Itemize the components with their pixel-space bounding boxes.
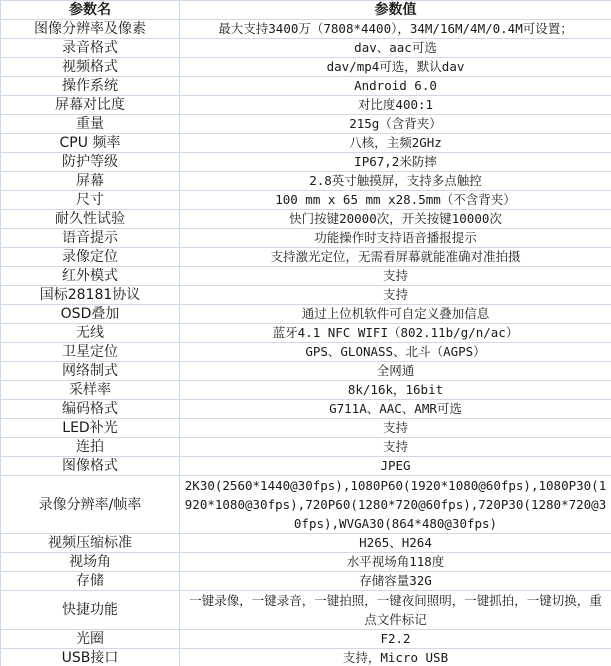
param-value: 2.8英寸触摸屏，支持多点触控 bbox=[180, 172, 611, 191]
param-name: LED补光 bbox=[1, 419, 180, 438]
table-row: 耐久性试验快门按键20000次，开关按键10000次 bbox=[1, 210, 611, 229]
table-row: 无线蓝牙4.1 NFC WIFI（802.11b/g/n/ac） bbox=[1, 324, 611, 343]
table-row: 存储存储容量32G bbox=[1, 572, 611, 591]
param-value: 支持 bbox=[180, 286, 611, 305]
param-name: 录音格式 bbox=[1, 39, 180, 58]
table-row: 操作系统Android 6.0 bbox=[1, 77, 611, 96]
table-row: 防护等级IP67,2米防摔 bbox=[1, 153, 611, 172]
param-name: CPU 频率 bbox=[1, 134, 180, 153]
table-row: LED补光支持 bbox=[1, 419, 611, 438]
param-name: 尺寸 bbox=[1, 191, 180, 210]
param-name: 快捷功能 bbox=[1, 591, 180, 630]
param-value: 一键录像，一键录音，一键拍照，一键夜间照明，一键抓拍，一键切换，重点文件标记 bbox=[180, 591, 611, 630]
param-name: 语音提示 bbox=[1, 229, 180, 248]
table-row: 卫星定位GPS、GLONASS、北斗（AGPS） bbox=[1, 343, 611, 362]
param-value: 存储容量32G bbox=[180, 572, 611, 591]
param-value: F2.2 bbox=[180, 630, 611, 649]
param-name: 红外模式 bbox=[1, 267, 180, 286]
param-value: 最大支持3400万（7808*4400），34M/16M/4M/0.4M可设置； bbox=[180, 20, 611, 39]
param-value: 功能操作时支持语音播报提示 bbox=[180, 229, 611, 248]
param-value: 快门按键20000次，开关按键10000次 bbox=[180, 210, 611, 229]
table-row: OSD叠加通过上位机软件可自定义叠加信息 bbox=[1, 305, 611, 324]
param-value: 215g（含背夹） bbox=[180, 115, 611, 134]
param-name: 录像分辨率/帧率 bbox=[1, 476, 180, 534]
param-value: 通过上位机软件可自定义叠加信息 bbox=[180, 305, 611, 324]
param-value: 支持 bbox=[180, 267, 611, 286]
param-value: 水平视场角118度 bbox=[180, 553, 611, 572]
spec-table: 参数名 参数值 图像分辨率及像素最大支持3400万（7808*4400），34M… bbox=[0, 0, 611, 666]
param-name: 重量 bbox=[1, 115, 180, 134]
param-value: GPS、GLONASS、北斗（AGPS） bbox=[180, 343, 611, 362]
table-row: 图像分辨率及像素最大支持3400万（7808*4400），34M/16M/4M/… bbox=[1, 20, 611, 39]
param-name: 视场角 bbox=[1, 553, 180, 572]
param-value: 蓝牙4.1 NFC WIFI（802.11b/g/n/ac） bbox=[180, 324, 611, 343]
table-row: 录像分辨率/帧率2K30(2560*1440@30fps),1080P60(19… bbox=[1, 476, 611, 534]
param-value: 8k/16k，16bit bbox=[180, 381, 611, 400]
table-row: 视场角水平视场角118度 bbox=[1, 553, 611, 572]
param-name: 操作系统 bbox=[1, 77, 180, 96]
param-name: 存储 bbox=[1, 572, 180, 591]
header-row: 参数名 参数值 bbox=[1, 1, 611, 20]
param-name: 图像格式 bbox=[1, 457, 180, 476]
param-name: 屏幕对比度 bbox=[1, 96, 180, 115]
param-name: 采样率 bbox=[1, 381, 180, 400]
param-name: OSD叠加 bbox=[1, 305, 180, 324]
param-value: Android 6.0 bbox=[180, 77, 611, 96]
table-row: 视频格式dav/mp4可选，默认dav bbox=[1, 58, 611, 77]
param-value: 对比度400:1 bbox=[180, 96, 611, 115]
param-value: IP67,2米防摔 bbox=[180, 153, 611, 172]
param-name: 光圈 bbox=[1, 630, 180, 649]
param-value: dav、aac可选 bbox=[180, 39, 611, 58]
param-name: 网络制式 bbox=[1, 362, 180, 381]
param-name: 耐久性试验 bbox=[1, 210, 180, 229]
table-row: USB接口支持，Micro USB bbox=[1, 649, 611, 666]
param-value: 100 mm x 65 mm x28.5mm（不含背夹） bbox=[180, 191, 611, 210]
param-name: 连拍 bbox=[1, 438, 180, 457]
table-row: CPU 频率八核，主频2GHz bbox=[1, 134, 611, 153]
table-row: 连拍支持 bbox=[1, 438, 611, 457]
table-row: 网络制式全网通 bbox=[1, 362, 611, 381]
param-name: 卫星定位 bbox=[1, 343, 180, 362]
param-name: 图像分辨率及像素 bbox=[1, 20, 180, 39]
table-row: 光圈F2.2 bbox=[1, 630, 611, 649]
table-row: 红外模式支持 bbox=[1, 267, 611, 286]
param-name: 录像定位 bbox=[1, 248, 180, 267]
param-name: USB接口 bbox=[1, 649, 180, 666]
table-row: 国标28181协议支持 bbox=[1, 286, 611, 305]
param-value: 全网通 bbox=[180, 362, 611, 381]
param-value: dav/mp4可选，默认dav bbox=[180, 58, 611, 77]
table-row: 重量215g（含背夹） bbox=[1, 115, 611, 134]
table-row: 采样率8k/16k，16bit bbox=[1, 381, 611, 400]
table-row: 图像格式JPEG bbox=[1, 457, 611, 476]
table-row: 录像定位支持激光定位，无需看屏幕就能准确对准拍摄 bbox=[1, 248, 611, 267]
param-value: 八核，主频2GHz bbox=[180, 134, 611, 153]
param-value: 支持 bbox=[180, 419, 611, 438]
param-name: 视频格式 bbox=[1, 58, 180, 77]
table-row: 尺寸100 mm x 65 mm x28.5mm（不含背夹） bbox=[1, 191, 611, 210]
table-row: 快捷功能一键录像，一键录音，一键拍照，一键夜间照明，一键抓拍，一键切换，重点文件… bbox=[1, 591, 611, 630]
param-value: G711A、AAC、AMR可选 bbox=[180, 400, 611, 419]
table-row: 屏幕2.8英寸触摸屏，支持多点触控 bbox=[1, 172, 611, 191]
table-row: 语音提示功能操作时支持语音播报提示 bbox=[1, 229, 611, 248]
table-row: 视频压缩标准H265、H264 bbox=[1, 534, 611, 553]
param-value: 2K30(2560*1440@30fps),1080P60(1920*1080@… bbox=[180, 476, 611, 534]
table-row: 编码格式G711A、AAC、AMR可选 bbox=[1, 400, 611, 419]
param-name: 编码格式 bbox=[1, 400, 180, 419]
param-name: 屏幕 bbox=[1, 172, 180, 191]
param-value: H265、H264 bbox=[180, 534, 611, 553]
header-param-value: 参数值 bbox=[180, 1, 611, 20]
table-row: 屏幕对比度对比度400:1 bbox=[1, 96, 611, 115]
header-param-name: 参数名 bbox=[1, 1, 180, 20]
param-value: JPEG bbox=[180, 457, 611, 476]
param-name: 视频压缩标准 bbox=[1, 534, 180, 553]
param-name: 防护等级 bbox=[1, 153, 180, 172]
param-name: 无线 bbox=[1, 324, 180, 343]
param-value: 支持激光定位，无需看屏幕就能准确对准拍摄 bbox=[180, 248, 611, 267]
param-value: 支持 bbox=[180, 438, 611, 457]
table-row: 录音格式dav、aac可选 bbox=[1, 39, 611, 58]
param-value: 支持，Micro USB bbox=[180, 649, 611, 666]
param-name: 国标28181协议 bbox=[1, 286, 180, 305]
